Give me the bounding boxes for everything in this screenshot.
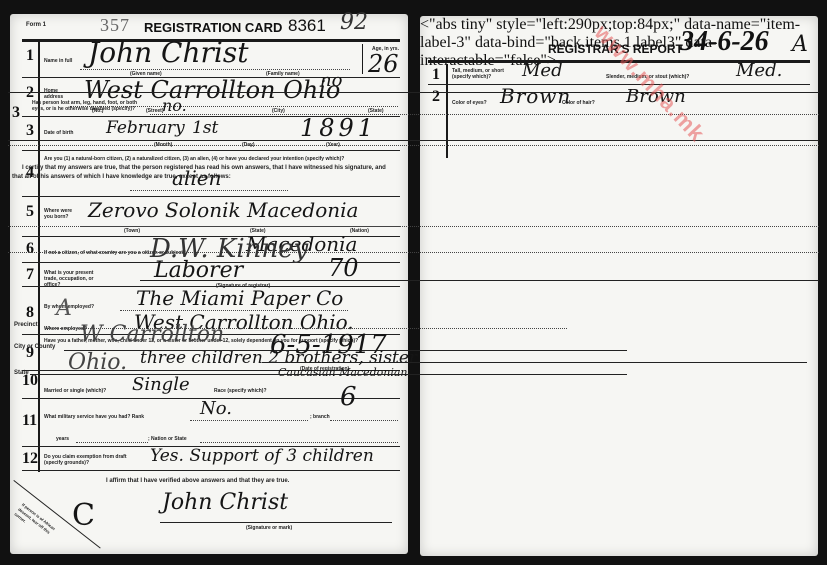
report-suffix: A (792, 32, 808, 57)
item-number: 12 (22, 450, 38, 468)
item-label: Has person lost arm, leg, hand, foot, or… (32, 100, 150, 112)
item-number: 3 (12, 104, 20, 122)
card-number-suffix: 92 (340, 10, 368, 35)
registration-date-label: (Date of registration) (300, 366, 349, 372)
report-number: 34-6-26 (680, 26, 769, 58)
affirm-text: I affirm that I have verified above answ… (106, 478, 289, 484)
card-number: 8361 (288, 16, 326, 36)
birth-year: 1891 (300, 114, 377, 142)
registrar-signature-label: (Signature of registrar) (216, 283, 270, 289)
eye-color-value: Brown (500, 84, 571, 108)
item-number: 11 (22, 412, 37, 430)
employer-value: The Miami Paper Co (136, 286, 343, 310)
birth-day: 1st (192, 118, 218, 138)
disability-value: no. (162, 96, 187, 115)
sublabel: (Town) (124, 228, 140, 234)
item-label: Color of eyes? (452, 100, 487, 106)
military-service-value: No. (200, 398, 232, 419)
state-label: State (14, 370, 29, 376)
item-number: 1 (432, 66, 440, 84)
bottom-mark: 6 (340, 382, 357, 412)
item-number: 5 (26, 203, 34, 221)
item-label-2: Color of hair? (562, 100, 595, 106)
precinct-value: A (56, 296, 72, 321)
serial-number: 357 (100, 15, 130, 36)
item-label: Are you (1) a natural-born citizen, (2) … (44, 156, 404, 162)
item-number: 1 (26, 47, 34, 65)
city-value: W Carrollton (80, 322, 224, 347)
registration-card-front: Form 1 357 REGISTRATION CARD 8361 92 1 N… (10, 14, 408, 554)
item-number: 6 (26, 240, 34, 258)
item-number: 7 (26, 266, 34, 284)
card-title: REGISTRATION CARD (144, 20, 282, 35)
item-label-4: ; Nation or State (148, 436, 187, 442)
item-label: Do you claim exemption from draft (speci… (44, 454, 144, 466)
registration-card-back: REGISTRAR'S REPORT 34-6-26 A 1 Tall, med… (420, 16, 818, 556)
item-number: 2 (432, 88, 440, 106)
precinct-label: Precinct (14, 322, 38, 328)
bald-value: no (320, 70, 342, 91)
city-label: City or County (14, 344, 55, 350)
item-number: 3 (26, 122, 34, 140)
item-label-2: Race (specify which)? (214, 388, 267, 394)
occupation-extra: 70 (328, 254, 359, 282)
item-label: Tall, medium, or short (specify which)? (452, 68, 508, 80)
corner-mark: C (72, 498, 95, 533)
form-label: Form 1 (26, 22, 46, 28)
item-label: Married or single (which)? (44, 388, 106, 394)
build-value: Med. (736, 60, 782, 81)
certify-text: I certify that my answers are true, that… (12, 164, 386, 182)
item-label-2: ; branch (310, 414, 330, 420)
item-label: Date of birth (44, 130, 73, 136)
registrar-signature: D.W. Kinney (150, 234, 308, 264)
item-label: Home address (44, 88, 64, 100)
name-value: John Christ (88, 36, 248, 69)
item-label: What military service have you had? Rank (44, 414, 144, 420)
age-value: 26 (368, 50, 399, 78)
signature-label: (Signature or mark) (246, 525, 292, 531)
registration-date: 6-5-1917 (270, 330, 387, 360)
corner-text: If person is of African descent, tear of… (13, 502, 63, 547)
exemption-value: Yes. Support of 3 children (150, 446, 374, 466)
state-value: Ohio. (68, 350, 127, 375)
item-number: 8 (26, 304, 34, 322)
birth-month: February (106, 118, 185, 138)
marital-status-value: Single (132, 374, 190, 395)
registrant-signature: John Christ (162, 490, 288, 515)
item-label: Name in full (44, 58, 72, 64)
item-label-3: years (56, 436, 69, 442)
item-label: Where were you born? (44, 208, 78, 220)
height-value: Med (522, 60, 563, 81)
birthplace-value: Zerovo Solonik Macedonia (88, 198, 358, 222)
